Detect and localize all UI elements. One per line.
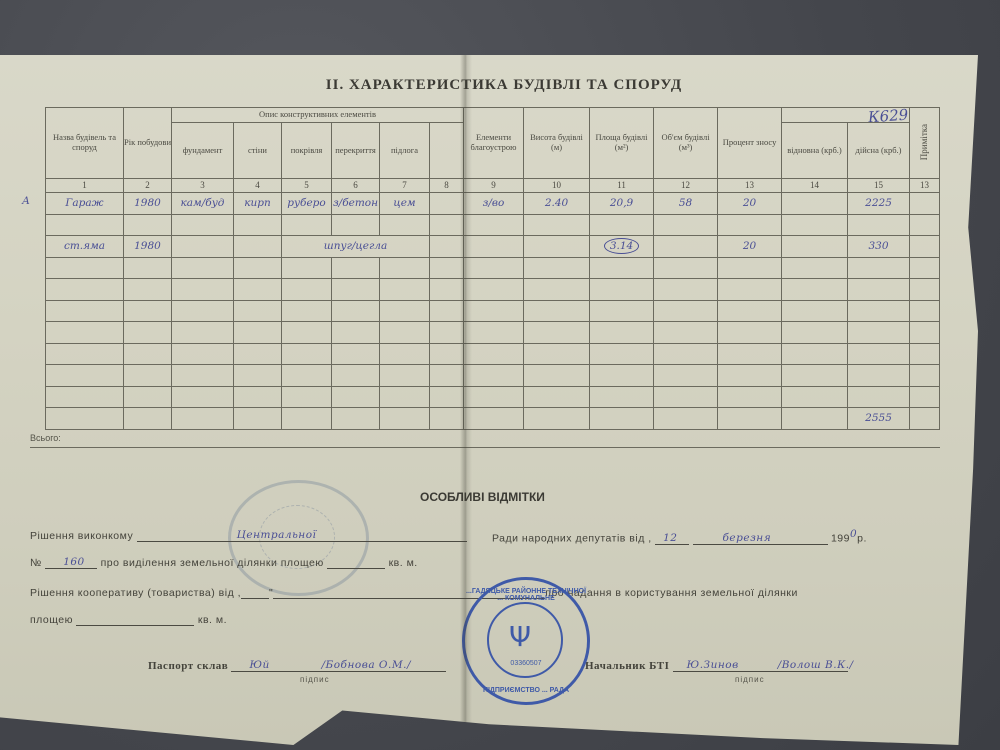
council-month: березня — [723, 532, 772, 544]
passport-name: /Бобнова О.М./ — [321, 659, 411, 671]
col-header-restore-value: відновна (крб.) — [782, 123, 848, 179]
col-header-improvement: Елементи благоустрою — [464, 108, 524, 179]
table-row — [46, 365, 940, 387]
note-label: Примітка — [919, 124, 929, 160]
bti-signature: Ю.Зинов — [687, 659, 739, 671]
col-header-foundation: фундамент — [172, 123, 234, 179]
col-number: 8 — [430, 179, 464, 193]
council-day-field: 12 — [655, 531, 689, 545]
stamp-code: 03360507 — [465, 660, 587, 667]
cell-wear: 20 — [743, 197, 756, 209]
table-row — [46, 279, 940, 301]
number-line: № 160 про виділення земельної ділянки пл… — [30, 555, 418, 569]
council-year-prefix: 199 — [831, 533, 850, 545]
table-row — [46, 386, 940, 408]
land-area-field — [327, 555, 385, 569]
special-notes-title: ОСОБЛИВІ ВІДМІТКИ — [420, 490, 545, 504]
number-label: № — [30, 557, 42, 569]
executive-decision-field: Центральної — [137, 528, 467, 542]
col-number: 11 — [590, 179, 654, 193]
col-header-walls: стіни — [234, 123, 282, 179]
col-header-height: Висота будівлі (м) — [524, 108, 590, 179]
council-month-field: березня — [693, 531, 828, 545]
col-header-8 — [430, 123, 464, 179]
cell-name: Гараж — [65, 197, 103, 209]
buildings-table: Назва будівель та споруд Рік побудови Оп… — [45, 107, 940, 430]
bti-signature-field: Ю.Зинов /Волош В.К./ — [673, 658, 848, 672]
sq-m-label: кв. м. — [389, 557, 418, 569]
cell-floor: цем — [393, 197, 415, 209]
bti-sublabel: підпис — [735, 675, 765, 684]
coop-decision-line: Рішення кооперативу (товариства) від ,"п… — [30, 585, 798, 599]
year-suffix: р. — [857, 533, 867, 545]
passport-signature-field: Юй /Бобнова О.М./ — [231, 658, 446, 672]
table-row — [46, 214, 940, 236]
table-row — [46, 300, 940, 322]
table-row: АГараж 1980 кам/буд кирп руберо з/бетон … — [46, 193, 940, 215]
col-number: 13 — [910, 179, 940, 193]
cell-roof: руберо — [287, 197, 325, 209]
area-field — [76, 612, 194, 626]
col-header-year: Рік побудови — [124, 108, 172, 179]
cell-volume: 58 — [679, 197, 692, 209]
passport-label: Паспорт склав — [148, 660, 228, 672]
col-header-ceiling: перекриття — [332, 123, 380, 179]
passport-sublabel: підпис — [300, 675, 330, 684]
group-header-construction: Опис конструктивних елементів — [172, 108, 464, 123]
executive-decision-line: Рішення виконкому Центральної — [30, 528, 467, 542]
col-number: 10 — [524, 179, 590, 193]
cell-wear: 20 — [743, 240, 756, 252]
total-line — [30, 447, 940, 448]
council-line: Ради народних депутатів від , 12 березня… — [492, 528, 867, 545]
col-number: 4 — [234, 179, 282, 193]
trident-icon: Ψ — [509, 620, 531, 653]
cell-height: 2.40 — [545, 197, 568, 209]
cell-actual-value: 330 — [869, 240, 889, 252]
col-header-floor: підлога — [380, 123, 430, 179]
total-label: Всього: — [30, 433, 61, 443]
cell-walls: кирп — [244, 197, 271, 209]
cell-ceiling: з/бетон — [333, 197, 378, 209]
cell-area: 20,9 — [610, 197, 633, 209]
col-number: 13 — [718, 179, 782, 193]
row-marker: А — [22, 195, 30, 207]
col-number: 6 — [332, 179, 380, 193]
col-header-wear: Процент зносу — [718, 108, 782, 179]
col-number: 15 — [848, 179, 910, 193]
cell-year: 1980 — [134, 197, 161, 209]
col-header-actual-value: дійсна (крб.) — [848, 123, 910, 179]
cell-foundation: кам/буд — [181, 197, 225, 209]
page-title: II. ХАРАКТЕРИСТИКА БУДІВЛІ ТА СПОРУД — [0, 77, 978, 94]
bti-name: /Волош В.К./ — [778, 659, 854, 671]
number-value: 160 — [63, 556, 85, 568]
col-number: 9 — [464, 179, 524, 193]
cell-roof-span: шпуг/цегла — [324, 240, 387, 252]
col-number: 2 — [124, 179, 172, 193]
council-day: 12 — [663, 532, 677, 544]
cell-year: 1980 — [134, 240, 161, 252]
passport-line: Паспорт склав Юй /Бобнова О.М./ — [148, 658, 446, 672]
cell-actual-value: 2225 — [865, 197, 892, 209]
bti-label: Начальник БТІ — [585, 660, 669, 672]
table-row — [46, 322, 940, 344]
col-number: 14 — [782, 179, 848, 193]
cell-area-circled: 3.14 — [604, 238, 639, 254]
col-header-name: Назва будівель та споруд — [46, 108, 124, 179]
col-header-roof: покрівля — [282, 123, 332, 179]
cell-name: ст.яма — [64, 240, 105, 252]
document-sheet: II. ХАРАКТЕРИСТИКА БУДІВЛІ ТА СПОРУД К62… — [0, 55, 978, 745]
table-row: ст.яма 1980 шпуг/цегла 3.14 20 330 — [46, 236, 940, 258]
passport-signature: Юй — [249, 659, 269, 671]
table-total-row: 2555 — [46, 408, 940, 430]
area-unit: кв. м. — [198, 614, 227, 626]
stamp-bottom-text: ПІДПРИЄМСТВО ... РАДА — [465, 687, 587, 694]
table-row — [46, 343, 940, 365]
council-label: Ради народних депутатів від — [492, 533, 645, 545]
coop-day-field — [241, 585, 269, 599]
group-header-value — [782, 108, 910, 123]
cell-improvement: з/во — [483, 197, 505, 209]
col-number: 5 — [282, 179, 332, 193]
bti-line: Начальник БТІ Ю.Зинов /Волош В.К./ — [585, 658, 848, 672]
land-allotment-label: про виділення земельної ділянки площею — [101, 557, 324, 569]
executive-decision-label: Рішення виконкому — [30, 530, 133, 542]
col-header-volume: Об'єм будівлі (м³) — [654, 108, 718, 179]
col-number: 1 — [46, 179, 124, 193]
coop-decision-label: Рішення кооперативу (товариства) від — [30, 587, 234, 599]
col-number: 7 — [380, 179, 430, 193]
total-value: 2555 — [865, 412, 892, 424]
official-stamp: ...ГАДЯЦЬКЕ РАЙОННЕ ТЕХНІЧНОЇ ... КОМУНА… — [462, 577, 590, 705]
area-label: площею — [30, 614, 73, 626]
col-number: 3 — [172, 179, 234, 193]
col-header-area: Площа будівлі (м²) — [590, 108, 654, 179]
executive-decision-value: Центральної — [237, 529, 317, 541]
col-header-note: Примітка — [910, 108, 940, 179]
table-row — [46, 257, 940, 279]
area-line: площею кв. м. — [30, 612, 227, 626]
col-number: 12 — [654, 179, 718, 193]
number-field: 160 — [45, 555, 97, 569]
stamp-top-text: ...ГАДЯЦЬКЕ РАЙОННЕ ТЕХНІЧНОЇ ... КОМУНА… — [465, 588, 587, 602]
